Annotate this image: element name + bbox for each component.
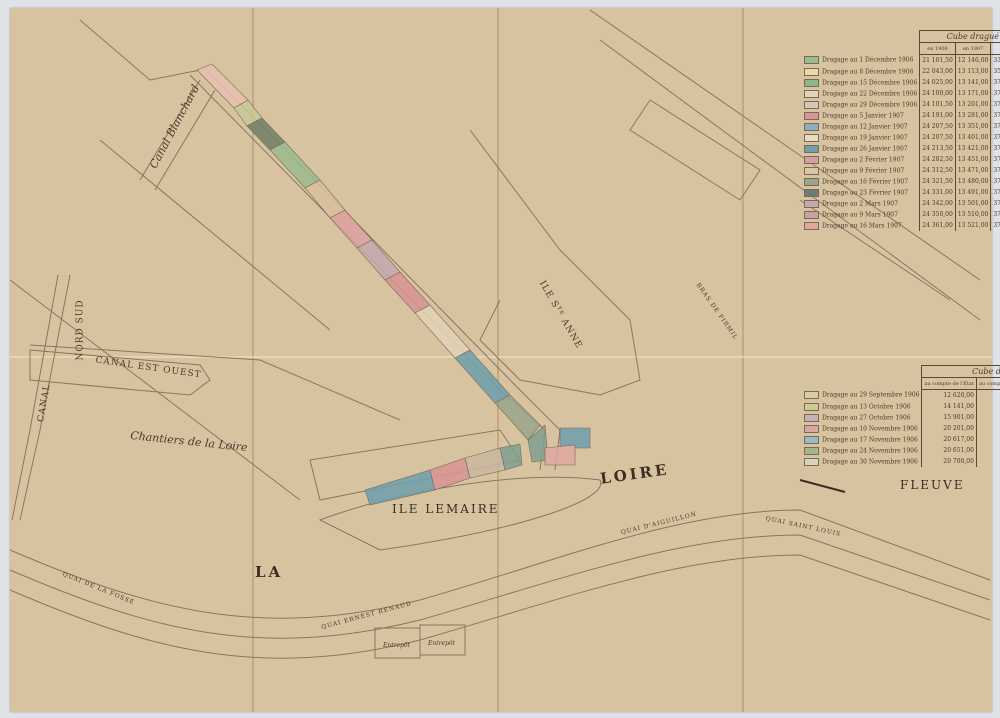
legend-value: 24 213,50 — [920, 143, 956, 154]
legend-row: Dragage au 9 Février 190724 312,5013 471… — [802, 165, 1000, 176]
legend-row: Dragage au 22 Décembre 190624 100,0013 1… — [802, 88, 1000, 99]
legend-value: 17 279,00 — [976, 423, 1000, 434]
legend-value: 13 521,00 — [955, 220, 991, 231]
legend-total: 35 156,00 — [991, 66, 1000, 77]
legend-label: Dragage au 10 Novembre 1906 — [822, 425, 918, 432]
legend-total: 37 882,00 — [991, 220, 1000, 231]
legend-swatch — [804, 56, 819, 64]
legend-value: 24 350,00 — [920, 209, 956, 220]
legend-value: 13 281,00 — [955, 110, 991, 121]
legend-top: Cube dragué en 1906 en 1907 Total Dragag… — [802, 30, 1000, 231]
legend-swatch — [804, 68, 819, 76]
legend-total: 37 822,00 — [991, 187, 1000, 198]
legend-label: Dragage au 19 Janvier 1907 — [822, 134, 908, 141]
legend-value: 20 617,00 — [922, 434, 976, 445]
legend-row: Dragage au 5 Janvier 190724 191,0013 281… — [802, 110, 1000, 121]
legend-row: Dragage au 2 Février 190724 282,5013 451… — [802, 154, 1000, 165]
legend-swatch — [804, 101, 819, 109]
legend-swatch — [804, 436, 819, 444]
legend-row: Dragage au 17 Novembre 190620 617,0017 3… — [802, 434, 1000, 445]
legend-row: Dragage au 24 Novembre 190620 651,0017 4… — [802, 445, 1000, 456]
legend-total: 37 166,00 — [991, 77, 1000, 88]
legend-value: 15 901,00 — [922, 412, 976, 423]
legend-value: 24 282,50 — [920, 154, 956, 165]
legend-label: Dragage au 27 Octobre 1906 — [822, 414, 911, 421]
legend-total: 37 558,50 — [991, 121, 1000, 132]
legend-row: Dragage au 1 Décembre 190621 101,5012 14… — [802, 55, 1000, 67]
legend-label: Dragage au 2 Mars 1907 — [822, 200, 898, 207]
legend-total: 37 801,50 — [991, 176, 1000, 187]
legend-row: Dragage au 2 Mars 190724 342,0013 501,00… — [802, 198, 1000, 209]
legend-row: Dragage au 13 Octobre 190614 141,0013 63… — [802, 401, 1000, 412]
legend-label: Dragage au 5 Janvier 1907 — [822, 112, 904, 119]
legend-value: 17 401,00 — [976, 445, 1000, 456]
legend-value: 24 101,50 — [920, 99, 956, 110]
legend-total: 37 271,00 — [991, 88, 1000, 99]
legend-value: 20 651,00 — [922, 445, 976, 456]
legend-value: 22 043,00 — [920, 66, 956, 77]
legend-value: 17 431,00 — [976, 456, 1000, 467]
label-entrepot: Entrepôt — [383, 642, 410, 649]
legend-label: Dragage au 1 Décembre 1906 — [822, 57, 913, 64]
label-canal-nord-sud: NORD SUD — [76, 299, 86, 360]
label-ile: ILE LEMAIRE — [392, 502, 500, 516]
legend-value: 13 401,00 — [955, 132, 991, 143]
legend-value: 20 201,00 — [922, 423, 976, 434]
legend-label: Dragage au 16 Février 1907 — [822, 178, 908, 185]
legend-row: Dragage au 10 Novembre 190620 201,0017 2… — [802, 423, 1000, 434]
legend-label: Dragage au 30 Novembre 1906 — [822, 458, 918, 465]
legend-value: 12 146,00 — [955, 55, 991, 67]
legend-row: Dragage au 29 Décembre 190624 101,5013 2… — [802, 99, 1000, 110]
legend-label: Dragage au 16 Mars 1907 — [822, 222, 902, 229]
legend-bottom: Cube dragué au compte de l'État au compt… — [802, 365, 1000, 467]
legend-value: 13 631,00 — [976, 401, 1000, 412]
legend-swatch — [804, 403, 819, 411]
legend-swatch — [804, 211, 819, 219]
label-fleuve: FLEUVE — [900, 478, 965, 492]
legend-label: Dragage au 8 Décembre 1906 — [822, 68, 913, 75]
legend-total: 37 302,50 — [991, 99, 1000, 110]
legend-label: Dragage au 12 Janvier 1907 — [822, 123, 908, 130]
legend-value: 24 207,50 — [920, 132, 956, 143]
legend-row: Dragage au 9 Mars 190724 350,0013 510,00… — [802, 209, 1000, 220]
legend-value: 24 321,50 — [920, 176, 956, 187]
legend-swatch — [804, 458, 819, 466]
legend-label: Dragage au 9 Mars 1907 — [822, 211, 898, 218]
legend-total: 37 472,00 — [991, 110, 1000, 121]
legend-value: 13 501,00 — [955, 198, 991, 209]
legend-swatch — [804, 167, 819, 175]
legend-value: 13 451,00 — [955, 154, 991, 165]
legend-row: Dragage au 26 Janvier 190724 213,5013 42… — [802, 143, 1000, 154]
legend-label: Dragage au 17 Novembre 1906 — [822, 436, 918, 443]
legend-row: Dragage au 23 Février 190724 331,0013 49… — [802, 187, 1000, 198]
legend-total: 37 843,00 — [991, 198, 1000, 209]
legend-value: 14 141,00 — [922, 401, 976, 412]
legend-label: Dragage au 23 Février 1907 — [822, 189, 908, 196]
legend-swatch — [804, 414, 819, 422]
legend-swatch — [804, 156, 819, 164]
legend-value: 13 201,00 — [955, 99, 991, 110]
legend-col: au compte du Syndicat — [976, 378, 1000, 390]
legend-row: Dragage au 29 Septembre 190612 620,0011 … — [802, 390, 1000, 402]
legend-swatch — [804, 134, 819, 142]
legend-row: Dragage au 12 Janvier 190724 207,5013 35… — [802, 121, 1000, 132]
legend-label: Dragage au 2 Février 1907 — [822, 156, 904, 163]
legend-value: 13 510,00 — [955, 209, 991, 220]
legend-value: 13 480,00 — [955, 176, 991, 187]
legend-label: Dragage au 15 Décembre 1906 — [822, 79, 917, 86]
legend-label: Dragage au 13 Octobre 1906 — [822, 403, 911, 410]
legend-value: 24 342,00 — [920, 198, 956, 209]
legend-total: 33 247,50 — [991, 55, 1000, 67]
legend-total: 37 608,50 — [991, 132, 1000, 143]
legend-row: Dragage au 19 Janvier 190724 207,5013 40… — [802, 132, 1000, 143]
legend-swatch — [804, 200, 819, 208]
legend-value: 13 171,00 — [955, 88, 991, 99]
legend-row: Dragage au 27 Octobre 190615 901,0016 10… — [802, 412, 1000, 423]
legend-value: 24 207,50 — [920, 121, 956, 132]
legend-col: en 1906 — [920, 43, 956, 55]
legend-total: 37 783,50 — [991, 165, 1000, 176]
legend-swatch — [804, 222, 819, 230]
legend-swatch — [804, 145, 819, 153]
legend-value: 24 191,00 — [920, 110, 956, 121]
legend-swatch — [804, 178, 819, 186]
legend-label: Dragage au 22 Décembre 1906 — [822, 90, 917, 97]
legend-swatch — [804, 90, 819, 98]
legend-label: Dragage au 26 Janvier 1907 — [822, 145, 908, 152]
legend-label: Dragage au 29 Décembre 1906 — [822, 101, 917, 108]
legend-row: Dragage au 16 Février 190724 321,5013 48… — [802, 176, 1000, 187]
label-entrepot: Entrepôt — [428, 640, 455, 647]
legend-col: Total — [991, 43, 1000, 55]
legend-value: 20 700,00 — [922, 456, 976, 467]
legend-title: Cube dragué — [920, 31, 1000, 43]
legend-swatch — [804, 79, 819, 87]
legend-value: 13 471,00 — [955, 165, 991, 176]
legend-label: Dragage au 9 Février 1907 — [822, 167, 904, 174]
legend-label: Dragage au 24 Novembre 1906 — [822, 447, 918, 454]
legend-row: Dragage au 16 Mars 190724 361,0013 521,0… — [802, 220, 1000, 231]
legend-total: 37 860,00 — [991, 209, 1000, 220]
legend-label: Dragage au 29 Septembre 1906 — [822, 392, 919, 399]
legend-value: 24 100,00 — [920, 88, 956, 99]
legend-swatch — [804, 123, 819, 131]
legend-value: 16 100,00 — [976, 412, 1000, 423]
legend-row: Dragage au 30 Novembre 190620 700,0017 4… — [802, 456, 1000, 467]
legend-col: au compte de l'État — [922, 378, 976, 390]
legend-swatch — [804, 189, 819, 197]
legend-value: 24 361,00 — [920, 220, 956, 231]
legend-value: 13 113,00 — [955, 66, 991, 77]
legend-swatch — [804, 112, 819, 120]
legend-value: 24 025,00 — [920, 77, 956, 88]
legend-value: 24 331,00 — [920, 187, 956, 198]
legend-value: 13 141,00 — [955, 77, 991, 88]
legend-total: 37 733,50 — [991, 154, 1000, 165]
legend-swatch — [804, 391, 819, 399]
legend-value: 11 380,00 — [976, 390, 1000, 402]
legend-value: 13 491,00 — [955, 187, 991, 198]
legend-swatch — [804, 425, 819, 433]
label-la: LA — [255, 563, 283, 581]
legend-value: 21 101,50 — [920, 55, 956, 67]
legend-row: Dragage au 15 Décembre 190624 025,0013 1… — [802, 77, 1000, 88]
legend-total: 37 634,50 — [991, 143, 1000, 154]
legend-value: 13 351,00 — [955, 121, 991, 132]
legend-row: Dragage au 8 Décembre 190622 043,0013 11… — [802, 66, 1000, 77]
legend-col: en 1907 — [955, 43, 991, 55]
legend-title: Cube dragué — [922, 366, 1000, 378]
legend-value: 13 421,00 — [955, 143, 991, 154]
legend-value: 17 301,00 — [976, 434, 1000, 445]
legend-value: 12 620,00 — [922, 390, 976, 402]
legend-value: 24 312,50 — [920, 165, 956, 176]
legend-swatch — [804, 447, 819, 455]
